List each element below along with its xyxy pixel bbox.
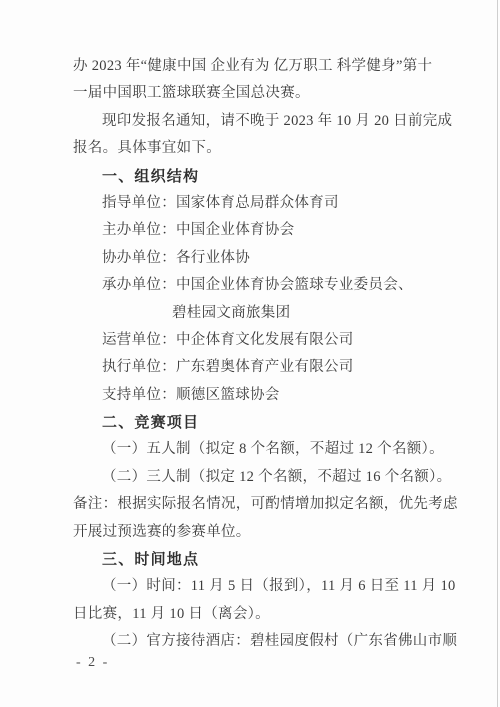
document-body: 办 2023 年“健康中国 企业有为 亿万职工 科学健身”第十 一届中国职工篮球… — [73, 53, 463, 656]
schedule-line-2: 日比赛，11 月 10 日（离会）。 — [73, 601, 463, 628]
unit-operator: 运营单位：中企体育文化发展有限公司 — [73, 327, 463, 354]
section-1-heading: 一、组织结构 — [73, 163, 463, 190]
unit-organizer-1: 承办单位：中国企业体育协会篮球专业委员会、 — [73, 272, 463, 299]
unit-host: 主办单位：中国企业体育协会 — [73, 217, 463, 244]
unit-executor: 执行单位：广东碧奥体育产业有限公司 — [73, 354, 463, 381]
unit-supporter: 支持单位：顺德区篮球协会 — [73, 382, 463, 409]
unit-cohost: 协办单位：各行业体协 — [73, 245, 463, 272]
note-line-1: 备注：根据实际报名情况，可酌情增加拟定名额，优先考虑 — [73, 491, 463, 518]
section-2-heading: 二、竞赛项目 — [73, 409, 463, 436]
notice-line-2: 报名。具体事宜如下。 — [73, 135, 463, 162]
intro-line-1: 办 2023 年“健康中国 企业有为 亿万职工 科学健身”第十 — [73, 53, 463, 80]
section-3-heading: 三、时间地点 — [73, 546, 463, 573]
note-line-2: 开展过预选赛的参赛单位。 — [73, 519, 463, 546]
intro-line-2: 一届中国职工篮球联赛全国总决赛。 — [73, 80, 463, 107]
hotel-line: （二）官方接待酒店：碧桂园度假村（广东省佛山市顺 — [73, 628, 463, 655]
schedule-line-1: （一）时间：11 月 5 日（报到），11 月 6 日至 11 月 10 — [73, 573, 463, 600]
scan-edge-line — [497, 0, 498, 707]
unit-guidance: 指导单位：国家体育总局群众体育司 — [73, 190, 463, 217]
event-five-a-side: （一）五人制（拟定 8 个名额，不超过 12 个名额）。 — [73, 436, 463, 463]
page-number: - 2 - — [76, 655, 109, 671]
notice-line-1: 现印发报名通知，请不晚于 2023 年 10 月 20 日前完成 — [73, 108, 463, 135]
event-three-a-side: （二）三人制（拟定 12 个名额，不超过 16 个名额）。 — [73, 464, 463, 491]
unit-organizer-2: 碧桂园文商旅集团 — [73, 300, 463, 327]
document-page: 办 2023 年“健康中国 企业有为 亿万职工 科学健身”第十 一届中国职工篮球… — [0, 0, 500, 707]
